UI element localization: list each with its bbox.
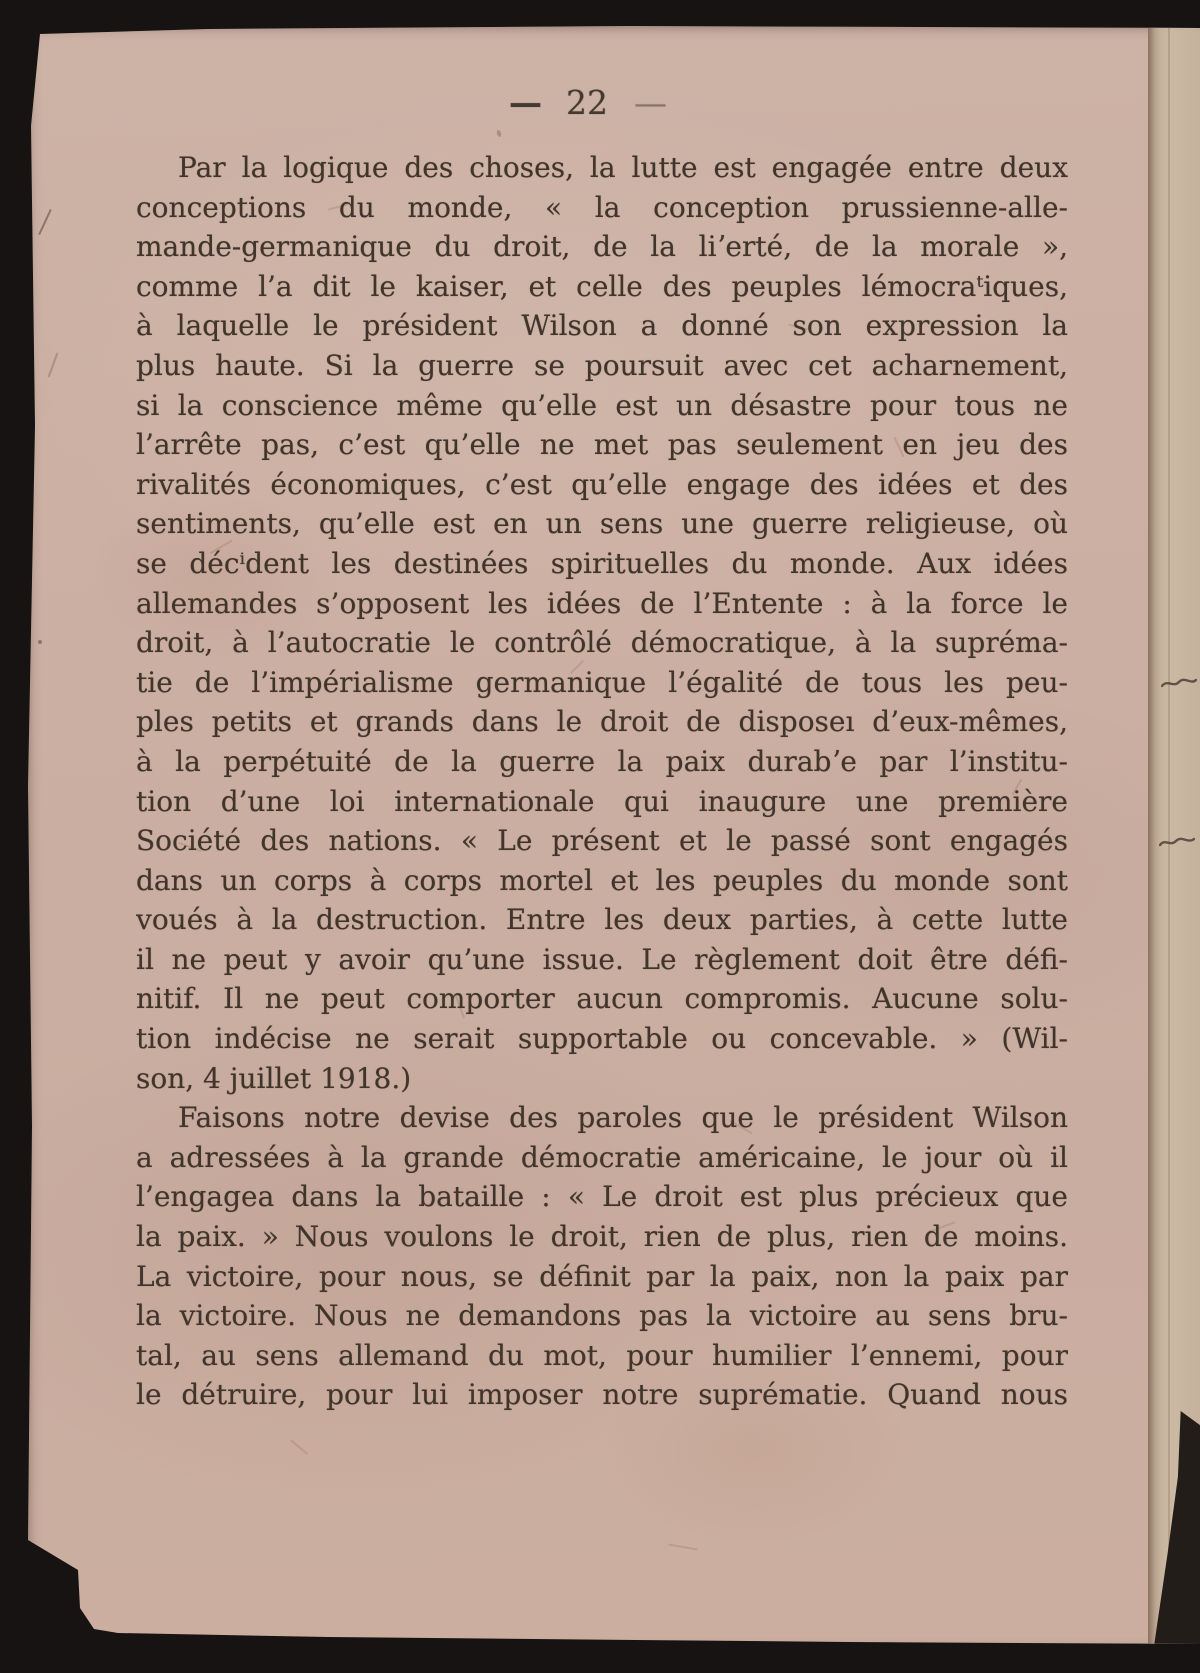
paper-fiber — [668, 1543, 698, 1550]
text-line: il ne peut y avoir qu’une issue. Le règl… — [136, 940, 1068, 980]
text-line: tal, au sens allemand du mot, pour humil… — [136, 1336, 1068, 1376]
text-line: comme l’a dit le kaiser, et celle des pe… — [136, 267, 1068, 307]
text-line: rivalités économiques, c’est qu’elle eng… — [136, 465, 1068, 505]
text-line: dans un corps à corps mortel et les peup… — [136, 861, 1068, 901]
text-line: La victoire, pour nous, se définit par l… — [136, 1257, 1068, 1297]
text-line: tie de l’impérialisme germanique l’égali… — [136, 663, 1068, 703]
text-line: Société des nations. « Le présent et le … — [136, 821, 1068, 861]
page-number: — 22 — — [122, 80, 1054, 124]
text-line: l’engagea dans la bataille : « Le droit … — [136, 1177, 1068, 1217]
text-line: tion d’une loi internationale qui inaugu… — [136, 782, 1068, 822]
text-line: à laquelle le président Wilson a donné s… — [136, 306, 1068, 346]
text-line: tion indécise ne serait supportable ou c… — [136, 1019, 1068, 1059]
binding-edge — [1148, 26, 1200, 1644]
text-line: droit, à l’autocratie le contrôlé démocr… — [136, 623, 1068, 663]
text-line: nitif. Il ne peut comporter aucun compro… — [136, 979, 1068, 1019]
text-line: si la conscience même qu’elle est un dés… — [136, 386, 1068, 426]
text-line: la victoire. Nous ne demandons pas la vi… — [136, 1296, 1068, 1336]
text-line: le détruire, pour lui imposer notre supr… — [136, 1375, 1068, 1415]
text-line: la paix. » Nous voulons le droit, rien d… — [136, 1217, 1068, 1257]
book-page: — 22 — Par la logique des choses, la lut… — [28, 26, 1200, 1644]
text-line: plus haute. Si la guerre se poursuit ave… — [136, 346, 1068, 386]
page-number-dash-left: — — [509, 83, 540, 122]
margin-mark — [38, 640, 42, 644]
text-line: voués à la destruction. Entre les deux p… — [136, 900, 1068, 940]
margin-mark — [38, 209, 52, 235]
margin-mark — [48, 352, 59, 377]
text-line: conceptions du monde, « la conception pr… — [136, 188, 1068, 228]
text-line: ples petits et grands dans le droit de d… — [136, 702, 1068, 742]
body-text: Par la logique des choses, la lutte est … — [136, 148, 1068, 1415]
text-line: Par la logique des choses, la lutte est … — [136, 148, 1068, 188]
text-line: a adressées à la grande démocratie améri… — [136, 1138, 1068, 1178]
text-line: Faisons notre devise des paroles que le … — [136, 1098, 1068, 1138]
text-line: sentiments, qu’elle est en un sens une g… — [136, 504, 1068, 544]
page-number-dash-right: — — [634, 83, 667, 122]
text-line: l’arrête pas, c’est qu’elle ne met pas s… — [136, 425, 1068, 465]
text-line: à la perpétuité de la guerre la paix dur… — [136, 742, 1068, 782]
text-line: allemandes s’opposent les idées de l’Ent… — [136, 584, 1068, 624]
ink-squiggle — [1161, 676, 1197, 692]
text-line: se décⁱdent les destinées spirituelles d… — [136, 544, 1068, 584]
text-line: mande-germanique du droit, de la liʼerté… — [136, 227, 1068, 267]
text-column: — 22 — Par la logique des choses, la lut… — [136, 80, 1068, 1415]
paper-fiber — [290, 1439, 308, 1455]
text-line: son, 4 juillet 1918.) — [136, 1059, 1068, 1099]
page-number-value: 22 — [566, 83, 608, 122]
ink-squiggle — [1159, 836, 1195, 852]
